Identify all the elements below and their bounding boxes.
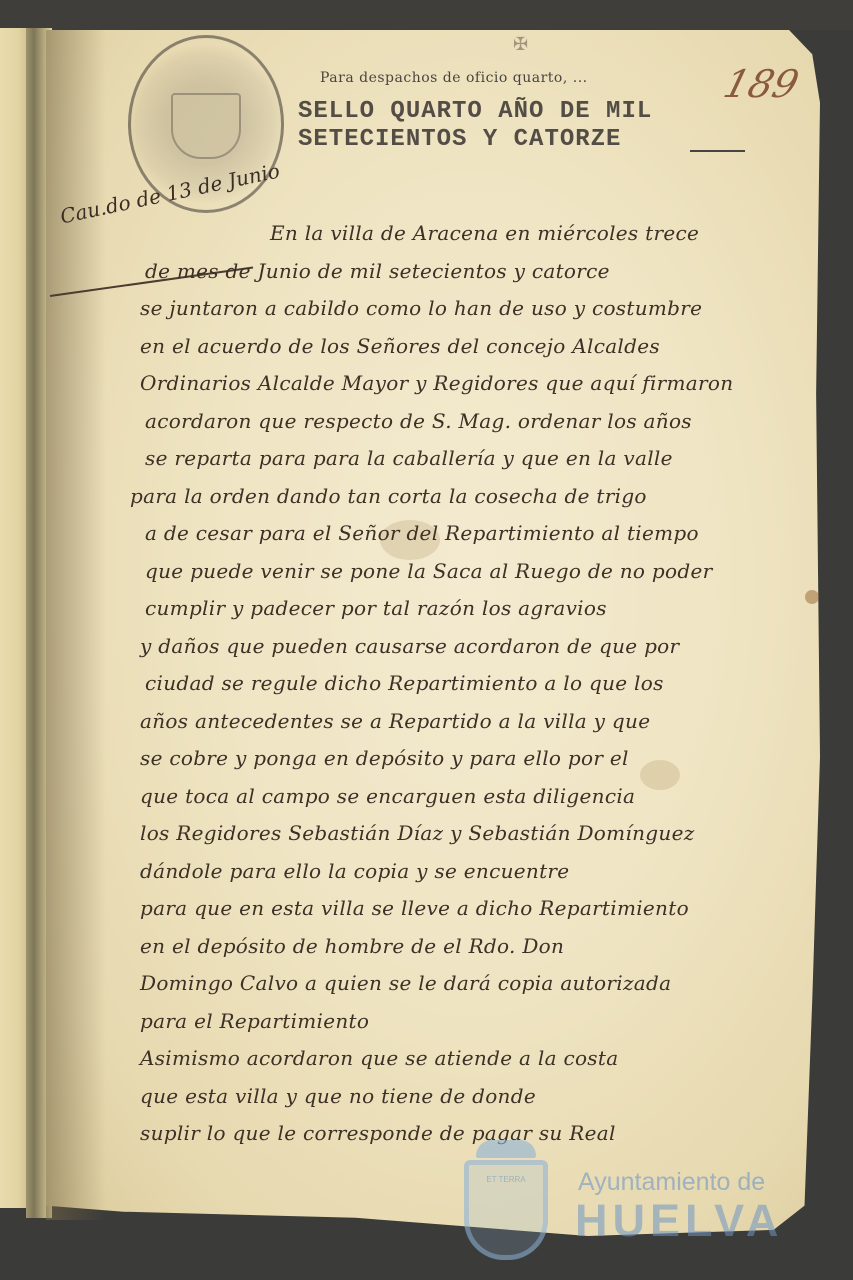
body-line: en el depósito de hombre de el Rdo. Don [140, 928, 820, 966]
shield-icon: ET TERRA [464, 1160, 548, 1260]
body-line: se juntaron a cabildo como lo han de uso… [140, 290, 820, 328]
body-line: y daños que pueden causarse acordaron de… [140, 628, 820, 666]
coat-of-arms-icon [171, 93, 241, 159]
body-line: para la orden dando tan corta la cosecha… [130, 478, 810, 516]
body-line: Ordinarios Alcalde Mayor y Regidores que… [140, 365, 820, 403]
cross-mark-icon: ✠ [513, 34, 528, 55]
crown-icon [476, 1140, 536, 1158]
body-line: Asimismo acordaron que se atiende a la c… [140, 1040, 820, 1078]
body-line: se cobre y ponga en depósito y para ello… [140, 740, 820, 778]
body-line: en el acuerdo de los Señores del concejo… [140, 328, 820, 366]
body-line: cumplir y padecer por tal razón los agra… [145, 590, 825, 628]
body-line: que toca al campo se encarguen esta dili… [140, 778, 820, 816]
manuscript-body: En la villa de Aracena en miércoles trec… [140, 215, 820, 1153]
body-line: años antecedentes se a Repartido a la vi… [140, 703, 820, 741]
body-line: de mes de Junio de mil setecientos y cat… [145, 253, 825, 291]
stamp-rule [690, 150, 745, 152]
stamp-title-line1: SELLO QUARTO AÑO DE MIL [298, 98, 652, 125]
body-line: se reparta para para la caballería y que… [145, 440, 825, 478]
body-line: para el Repartimiento [140, 1003, 440, 1041]
body-line: En la villa de Aracena en miércoles trec… [270, 215, 853, 253]
body-line: Domingo Calvo a quien se le dará copia a… [140, 965, 820, 1003]
body-line: que esta villa y que no tiene de donde [140, 1078, 820, 1116]
watermark-text-huelva: HUELVA [575, 1195, 783, 1247]
background-top [0, 0, 853, 30]
body-line: a de cesar para el Señor del Repartimien… [145, 515, 825, 553]
watermark-motto: ET TERRA [469, 1175, 543, 1184]
folio-number: 189 [719, 62, 803, 106]
body-line: que puede venir se pone la Saca al Ruego… [145, 553, 825, 591]
body-line: acordaron que respecto de S. Mag. ordena… [145, 403, 825, 441]
body-line: ciudad se regule dicho Repartimiento a l… [145, 665, 825, 703]
body-line: dándole para ello la copia y se encuentr… [140, 853, 820, 891]
stamp-header-line: Para despachos de oficio quarto, ... [320, 70, 588, 86]
watermark-text-ayuntamiento: Ayuntamiento de [578, 1168, 765, 1197]
body-line: los Regidores Sebastián Díaz y Sebastián… [140, 815, 820, 853]
body-line: para que en esta villa se lleve a dicho … [140, 890, 820, 928]
huelva-coat-of-arms-watermark: ET TERRA [458, 1140, 554, 1265]
stamp-title-line2: SETECIENTOS Y CATORZE [298, 126, 621, 153]
